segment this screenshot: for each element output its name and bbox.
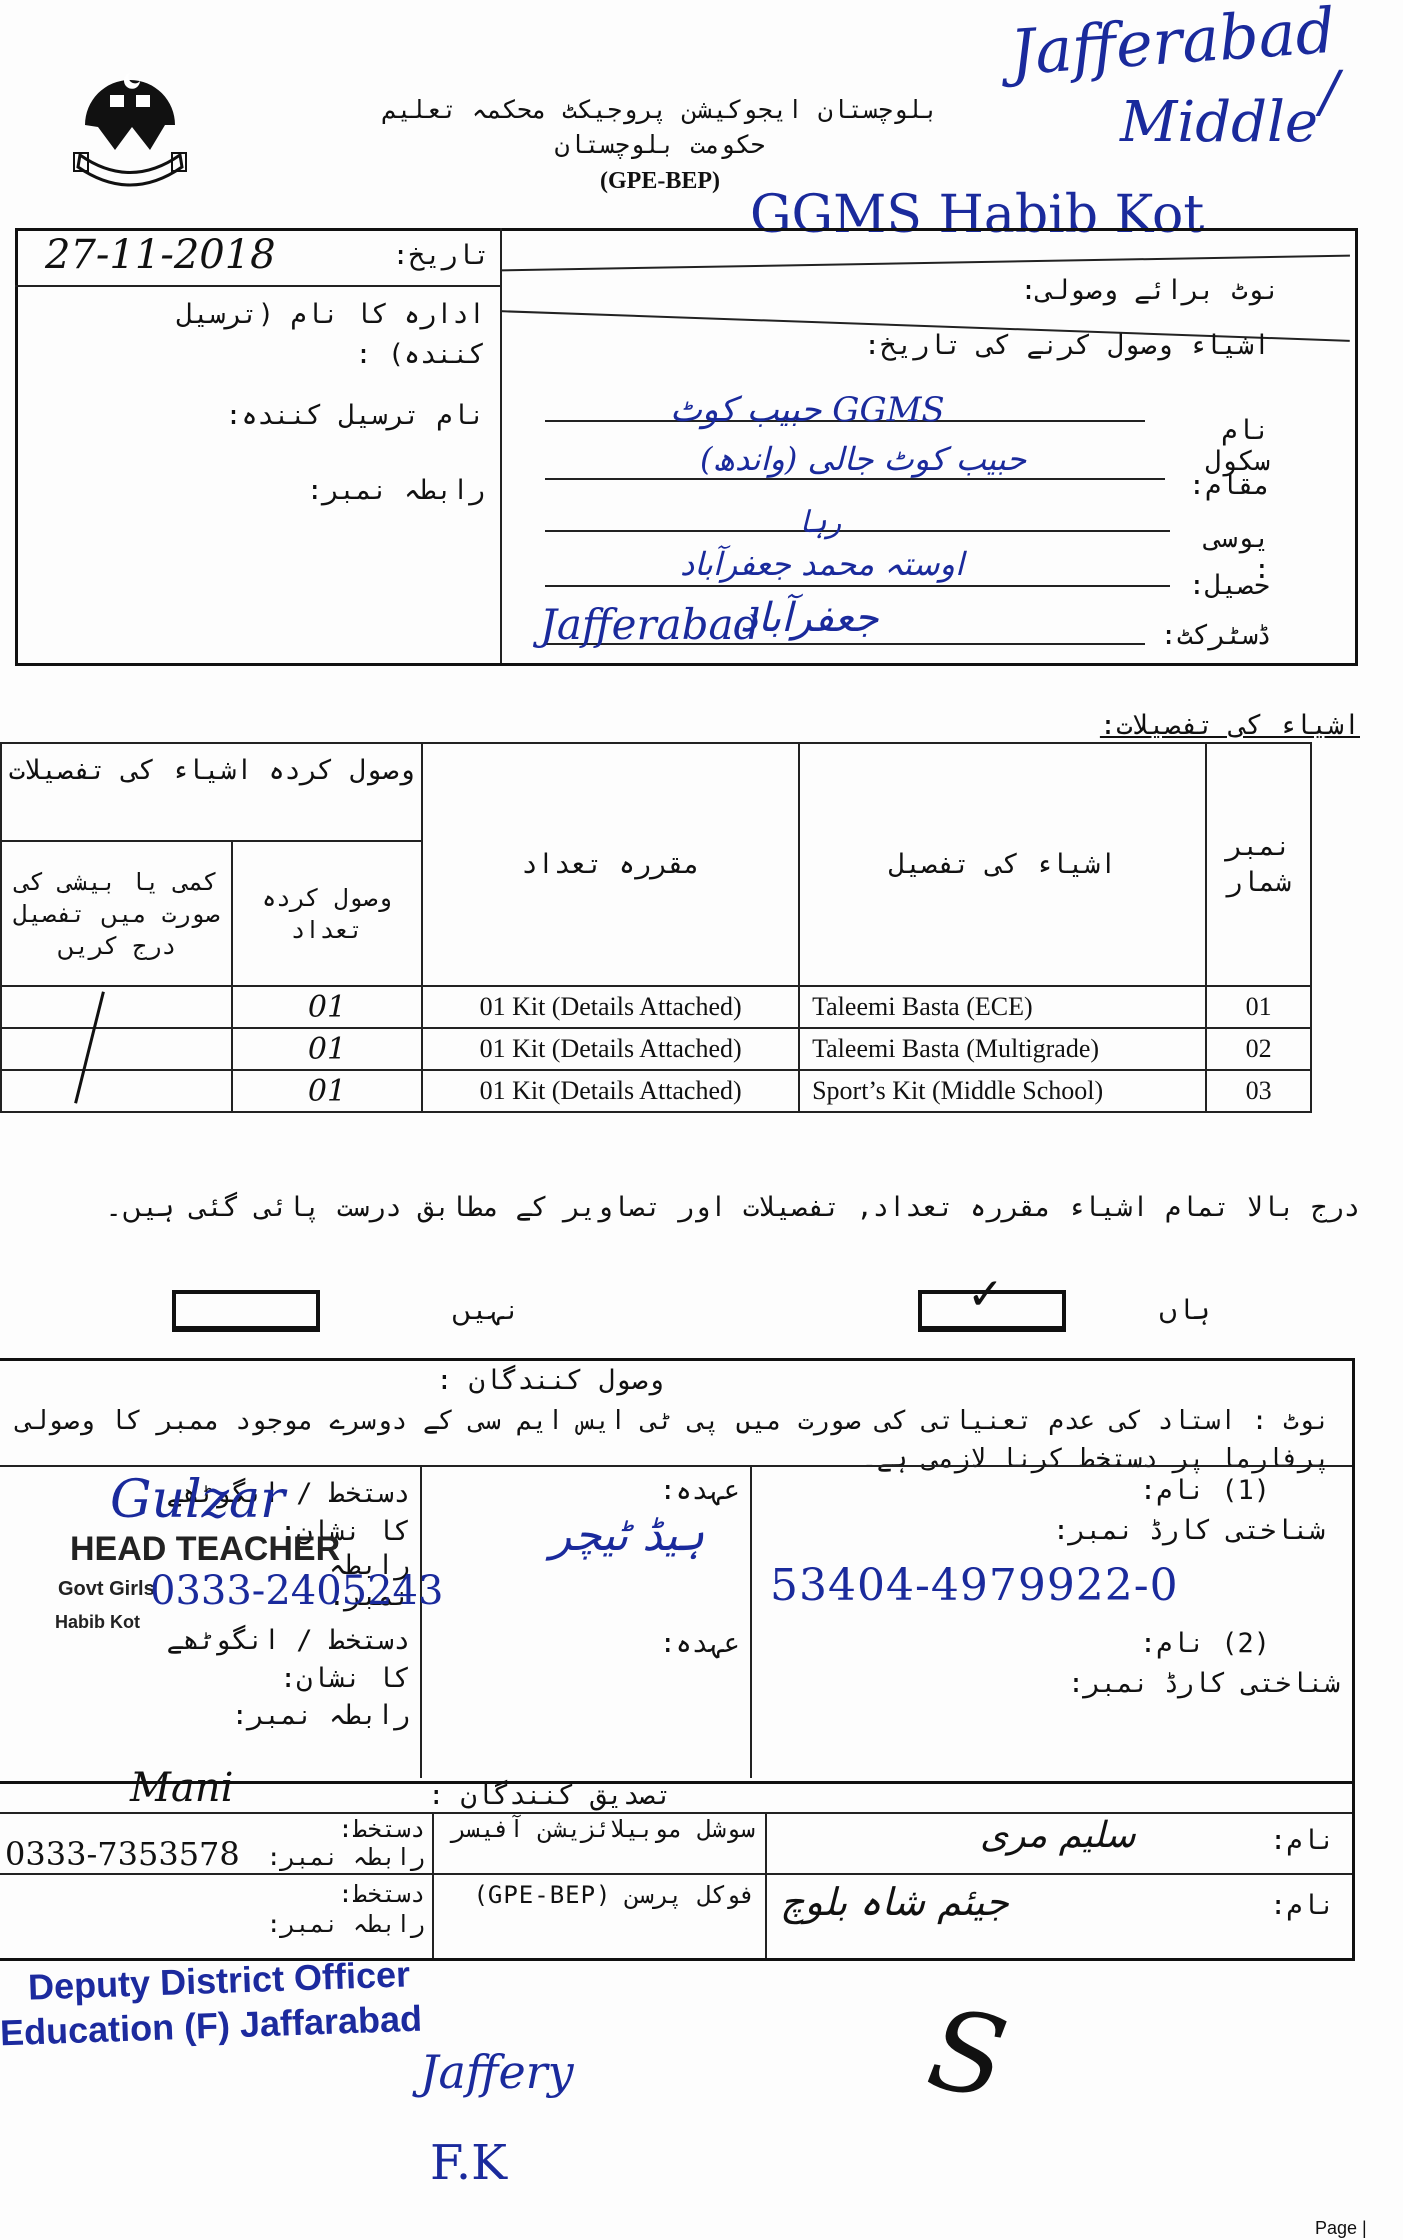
receiver1-contact-value[interactable]: 0333-2405243	[150, 1568, 443, 1614]
header-item-detail: اشیاء کی تفصیل	[799, 743, 1206, 986]
contact-label: رابطہ نمبر:	[140, 475, 485, 506]
divider	[765, 1812, 767, 1958]
divider	[432, 1812, 434, 1958]
receiver1-stamp-line2: Govt Girls	[58, 1578, 155, 1601]
receiver1-signature: Gulzar	[110, 1470, 285, 1530]
item-detail-cell: Sport’s Kit (Middle School)	[799, 1070, 1206, 1112]
district-value-urdu[interactable]: جعفرآباد	[740, 595, 879, 641]
divider	[0, 1812, 1352, 1814]
items-section-title: اشیاء کی تفصیلات:	[1000, 710, 1360, 741]
date-label: تاریخ:	[300, 240, 490, 271]
receiver2-contact-label: رابطہ نمبر:	[190, 1700, 410, 1731]
verifier2-name-value[interactable]: جیئم شاہ بلوچ	[780, 1880, 1009, 1924]
school-label: نام سکول	[1150, 415, 1270, 477]
header-fixed-qty: مقررہ تعداد	[422, 743, 799, 986]
header-received-qty: وصول کردہ تعداد	[232, 841, 422, 986]
institution-label: ادارہ کا نام (ترسیل کنندہ) :	[140, 295, 485, 375]
receiver1-designation-label: عہدہ:	[620, 1475, 740, 1506]
handwritten-note-district: Jafferabad	[1008, 0, 1338, 89]
district-value-english[interactable]: Jafferabad	[540, 600, 760, 649]
verifier1-role: سوشل موبیلائزیشن آفیسر	[445, 1815, 755, 1843]
item-detail-cell: Taleemi Basta (Multigrade)	[799, 1028, 1206, 1070]
table-row: 01 01 Kit (Details Attached) Taleemi Bas…	[1, 1028, 1311, 1070]
receiver2-signature-label: دستخط / انگوٹھے کا نشان:	[120, 1622, 410, 1698]
receiver1-designation-value[interactable]: ہیڈ ٹیچر	[550, 1510, 704, 1561]
received-qty-cell[interactable]: 01	[232, 1028, 422, 1070]
received-qty-cell[interactable]: 01	[232, 1070, 422, 1112]
header-title-line2: حکومت بلوچستان	[310, 130, 1010, 159]
receiver1-cnic-value[interactable]: 53404-4979922-0	[770, 1560, 1179, 1611]
serial-cell: 01	[1206, 986, 1311, 1028]
header-shortfall: کمی یا بیشی کی صورت میں تفصیل درج کریں	[1, 841, 232, 986]
item-detail-cell: Taleemi Basta (ECE)	[799, 986, 1206, 1028]
table-row: 01 01 Kit (Details Attached) Sport’s Kit…	[1, 1070, 1311, 1112]
items-table: وصول کردہ اشیاء کی تفصیلات مقررہ تعداد ا…	[0, 742, 1312, 1113]
header-title-line3: (GPE-BEP)	[560, 168, 760, 195]
date-value: 27-11-2018	[45, 232, 276, 278]
receiver2-name-label: (2) نام:	[1050, 1628, 1270, 1659]
fixed-qty-cell: 01 Kit (Details Attached)	[422, 1070, 799, 1112]
no-checkbox[interactable]	[172, 1290, 320, 1332]
checkmark-icon: ✓	[967, 1269, 1004, 1320]
uc-value[interactable]: رہا	[800, 505, 841, 540]
divider	[420, 1465, 422, 1778]
header-serial: نمبر شمار	[1206, 743, 1311, 986]
divider	[750, 1465, 752, 1778]
shortfall-cell[interactable]	[1, 1028, 232, 1070]
receiver1-cnic-label: شناختی کارڈ نمبر:	[920, 1515, 1325, 1546]
divider	[500, 228, 502, 663]
handwritten-initials: F.K	[430, 2135, 507, 2191]
tehsil-label: حصیل:	[1170, 570, 1270, 601]
verifier1-name-label: نام:	[1255, 1825, 1335, 1856]
verifier1-signature-label: دستخط:	[280, 1815, 425, 1843]
page-label: Page |	[1315, 2218, 1367, 2239]
table-row: 01 01 Kit (Details Attached) Taleemi Bas…	[1, 986, 1311, 1028]
field-underline	[545, 478, 1165, 480]
header-received-group: وصول کردہ اشیاء کی تفصیلات	[1, 743, 422, 841]
divider	[0, 1873, 1352, 1875]
verifier2-signature-label: دستخط:	[280, 1880, 425, 1908]
serial-cell: 02	[1206, 1028, 1311, 1070]
verifier1-contact-label: رابطہ نمبر:	[250, 1843, 425, 1871]
verifier2-name-label: نام:	[1255, 1890, 1335, 1921]
ddo-signature: Jaffery	[420, 2045, 574, 2099]
location-value[interactable]: حبیب کوٹ جالی (واندھ)	[700, 440, 1026, 478]
verifiers-title: تصدیق کنندگان :	[300, 1780, 800, 1811]
receivers-title: وصول کنندگان :	[300, 1365, 800, 1396]
receive-date-label: اشیاء وصول کرنے کی تاریخ:	[700, 330, 1270, 361]
district-label: ڈسٹرکٹ:	[1130, 620, 1270, 651]
tehsil-value[interactable]: اوستہ محمد جعفرآباد	[680, 545, 964, 583]
handwritten-note-level: Middle	[1120, 90, 1318, 155]
divider	[0, 1465, 1352, 1467]
field-underline	[545, 585, 1170, 587]
receipt-note-label: نوٹ برائے وصولی:	[800, 275, 1280, 306]
field-underline	[545, 530, 1170, 532]
divider	[15, 285, 500, 287]
verifier1-contact-value[interactable]: 0333-7353578	[5, 1835, 240, 1873]
serial-cell: 03	[1206, 1070, 1311, 1112]
confirmation-statement: درج بالا تمام اشیاء مقررہ تعداد, تفصیلات…	[0, 1190, 1360, 1226]
header-title-line1: بلوچستان ایجوکیشن پروجیکٹ محکمہ تعلیم	[310, 95, 1010, 124]
yes-label: ہاں	[1140, 1295, 1210, 1326]
yes-checkbox[interactable]: ✓	[918, 1290, 1066, 1332]
receiver2-designation-label: عہدہ:	[620, 1628, 740, 1659]
shortfall-cell[interactable]	[1, 1070, 232, 1112]
sender-name-label: نام ترسیل کنندہ:	[140, 400, 485, 431]
school-value[interactable]: GGMS حبیب کوٹ	[670, 390, 945, 430]
fixed-qty-cell: 01 Kit (Details Attached)	[422, 986, 799, 1028]
fixed-qty-cell: 01 Kit (Details Attached)	[422, 1028, 799, 1070]
verifier1-name-value[interactable]: سلیم مری	[980, 1815, 1136, 1856]
large-signature: S	[919, 1984, 1015, 2123]
receiver1-stamp-line1: HEAD TEACHER	[70, 1530, 340, 1569]
verifier2-contact-label: رابطہ نمبر:	[250, 1910, 425, 1938]
verifier2-role: فوکل پرسن (GPE-BEP)	[445, 1880, 755, 1910]
shortfall-cell[interactable]	[1, 986, 232, 1028]
balochistan-emblem-icon	[70, 55, 190, 195]
location-label: مقام:	[1170, 470, 1270, 501]
no-label: نہیں	[420, 1295, 520, 1326]
receiver1-name-label: (1) نام:	[1050, 1475, 1270, 1506]
verifier1-signature: Mani	[130, 1765, 233, 1811]
handwritten-slash: /	[1320, 60, 1339, 125]
received-qty-cell[interactable]: 01	[232, 986, 422, 1028]
receiver2-cnic-label: شناختی کارڈ نمبر:	[920, 1668, 1340, 1699]
